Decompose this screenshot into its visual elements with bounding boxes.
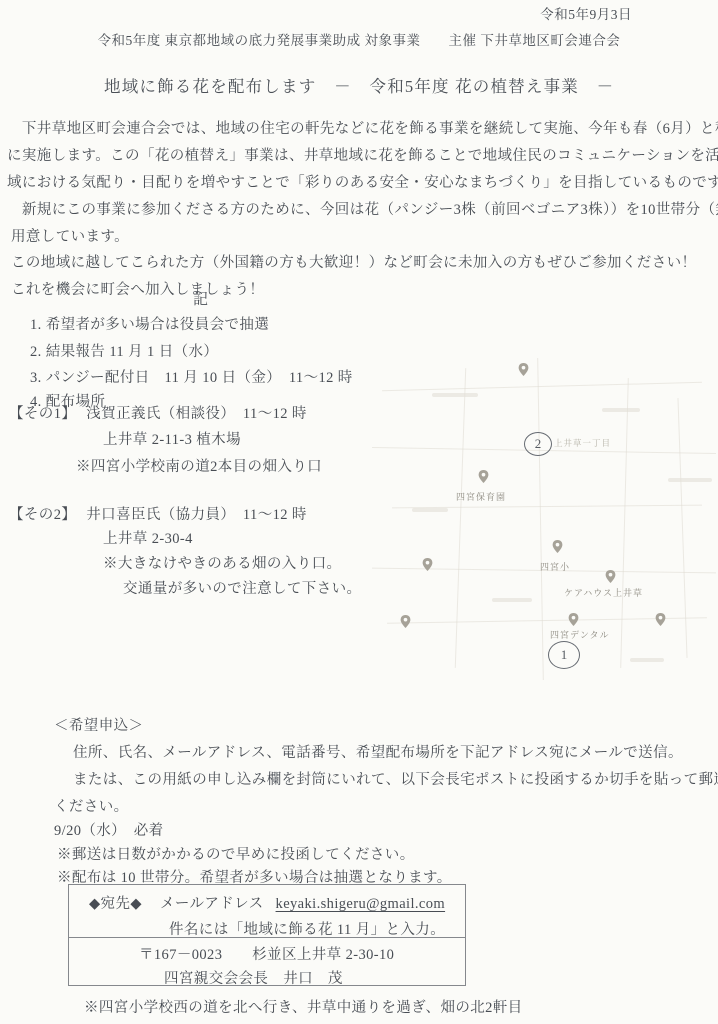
location1-note: ※四宮小学校南の道2本目の畑入り口 [76,455,322,476]
subject-note: 件名には「地域に飾る花 11 月」と入力。 [169,918,445,939]
map-street-line [677,398,687,658]
chairman-name: 四宮親交会会長 井口 茂 [164,967,343,988]
location2-label: 【その2】 [9,507,76,523]
location1-header: 【その1】 浅賀正義氏（相談役） 11～12 時 [9,402,307,423]
application-line-1: 住所、氏名、メールアドレス、電話番号、希望配布場所を下記アドレス宛にメールで送信… [73,741,683,762]
map-pin-icon [552,540,563,553]
map-label-dental: 四宮デンタル [550,628,609,641]
map-label-carehouse: ケアハウス上井草 [564,586,643,599]
email-address: keyaki.shigeru@gmail.com [276,896,446,912]
address-box-row-to: ◆宛先◆ メールアドレス keyaki.shigeru@gmail.com [89,892,445,913]
map-smudge [668,478,712,482]
map-smudge [602,408,640,412]
intro-line-3: 域における気配り・目配りを増やすことで「彩りのある安全・安心なまちづくり」を目指… [7,171,718,192]
application-note-mail: ※郵送は日数がかかるので早めに投函してください。 [57,843,415,864]
location1-person: 浅賀正義氏（相談役） 11～12 時 [86,406,307,422]
scanned-flyer-page: 令和5年9月3日 令和5年度 東京都地域の底力発展事業助成 対象事業 主催 下井… [0,0,718,1024]
map-street-line [620,378,629,668]
footer-directions-note: ※四宮小学校西の道を北へ行き、井草中通りを過ぎ、畑の北2軒目 [84,996,523,1017]
map-pin-icon [655,613,666,626]
invite-line-1: この地域に越してこられた方（外国籍の方も大歓迎！）など町会に未加入の方もぜひご参… [11,251,696,272]
address-box-divider [69,937,465,938]
location1-label: 【その1】 [9,406,76,422]
address-box: ◆宛先◆ メールアドレス keyaki.shigeru@gmail.com 件名… [68,884,466,986]
location2-note-1: ※大きなけやきのある畑の入り口。 [103,552,341,573]
to-label: ◆宛先◆ [89,896,142,912]
map-pin-icon [422,558,433,571]
map-pin-icon [400,615,411,628]
location2-person: 井口喜臣氏（協力員） 11～12 時 [86,507,307,523]
document-date: 令和5年9月3日 [540,3,632,23]
postal-address: 〒167－0023 杉並区上井草 2-30-10 [139,943,394,964]
application-deadline: 9/20（水） 必着 [54,819,164,840]
map-pin-icon [568,613,579,626]
email-label: メールアドレス [160,896,264,912]
intro-line-2: に実施します。この「花の植替え」事業は、井草地域に花を飾ることで地域住民のコミュ… [7,144,718,165]
application-line-2: または、この用紙の申し込み欄を封筒にいれて、以下会長宅ポストに投函するか切手を貼… [73,768,718,789]
invite-line-2: これを機会に町会へ加入しましょう！ [11,278,264,299]
map-label-school: 四宮小 [540,560,570,573]
map-smudge [630,658,664,662]
intro-line-1: 下井草地区町会連合会では、地域の住宅の軒先などに花を飾る事業を継続して実施、今年… [7,117,718,138]
location2-address: 上井草 2-30-4 [103,527,193,548]
location2-note-2: 交通量が多いので注意して下さい。 [123,577,361,598]
map-smudge [492,598,532,602]
map-smudge [432,393,478,397]
map-label-area: 上井草一丁目 [554,437,611,449]
application-heading: ＜希望申込＞ [54,714,143,735]
application-line-3: ください。 [54,795,129,816]
record-heading: 記 [193,288,209,309]
map-point-2-marker: 2 [524,432,552,456]
area-map: 四宮保育園 2 上井草一丁目 四宮小 ケアハウス上井草 四宮デンタル 1 [372,358,716,680]
map-street-line [537,358,544,680]
intro-line-5: 用意しています。 [11,225,129,246]
location1-address: 上井草 2-11-3 植木場 [103,428,241,449]
record-item-2: 2. 結果報告 11 月 1 日（水） [30,340,218,361]
intro-line-4: 新規にこの事業に参加くださる方のために、今回は花（パンジー3株（前回ベゴニア3株… [7,198,718,219]
page-title: 地域に飾る花を配布します － 令和5年度 花の植替え事業 － [104,73,614,97]
map-pin-icon [478,470,489,483]
map-street-line [382,382,702,391]
map-smudge [412,508,448,512]
record-item-3: 3. パンジー配付日 11 月 10 日（金） 11～12 時 [30,366,353,387]
program-subsidy-line: 令和5年度 東京都地域の底力発展事業助成 対象事業 主催 下井草地区町会連合会 [0,29,718,49]
map-street-line [455,368,466,668]
map-pin-icon [518,363,529,376]
location2-header: 【その2】 井口喜臣氏（協力員） 11～12 時 [9,503,307,524]
map-pin-icon [605,570,616,583]
record-item-1: 1. 希望者が多い場合は役員会で抽選 [30,313,269,334]
map-point-1-marker: 1 [548,641,580,669]
map-label-nursery: 四宮保育園 [456,490,506,503]
